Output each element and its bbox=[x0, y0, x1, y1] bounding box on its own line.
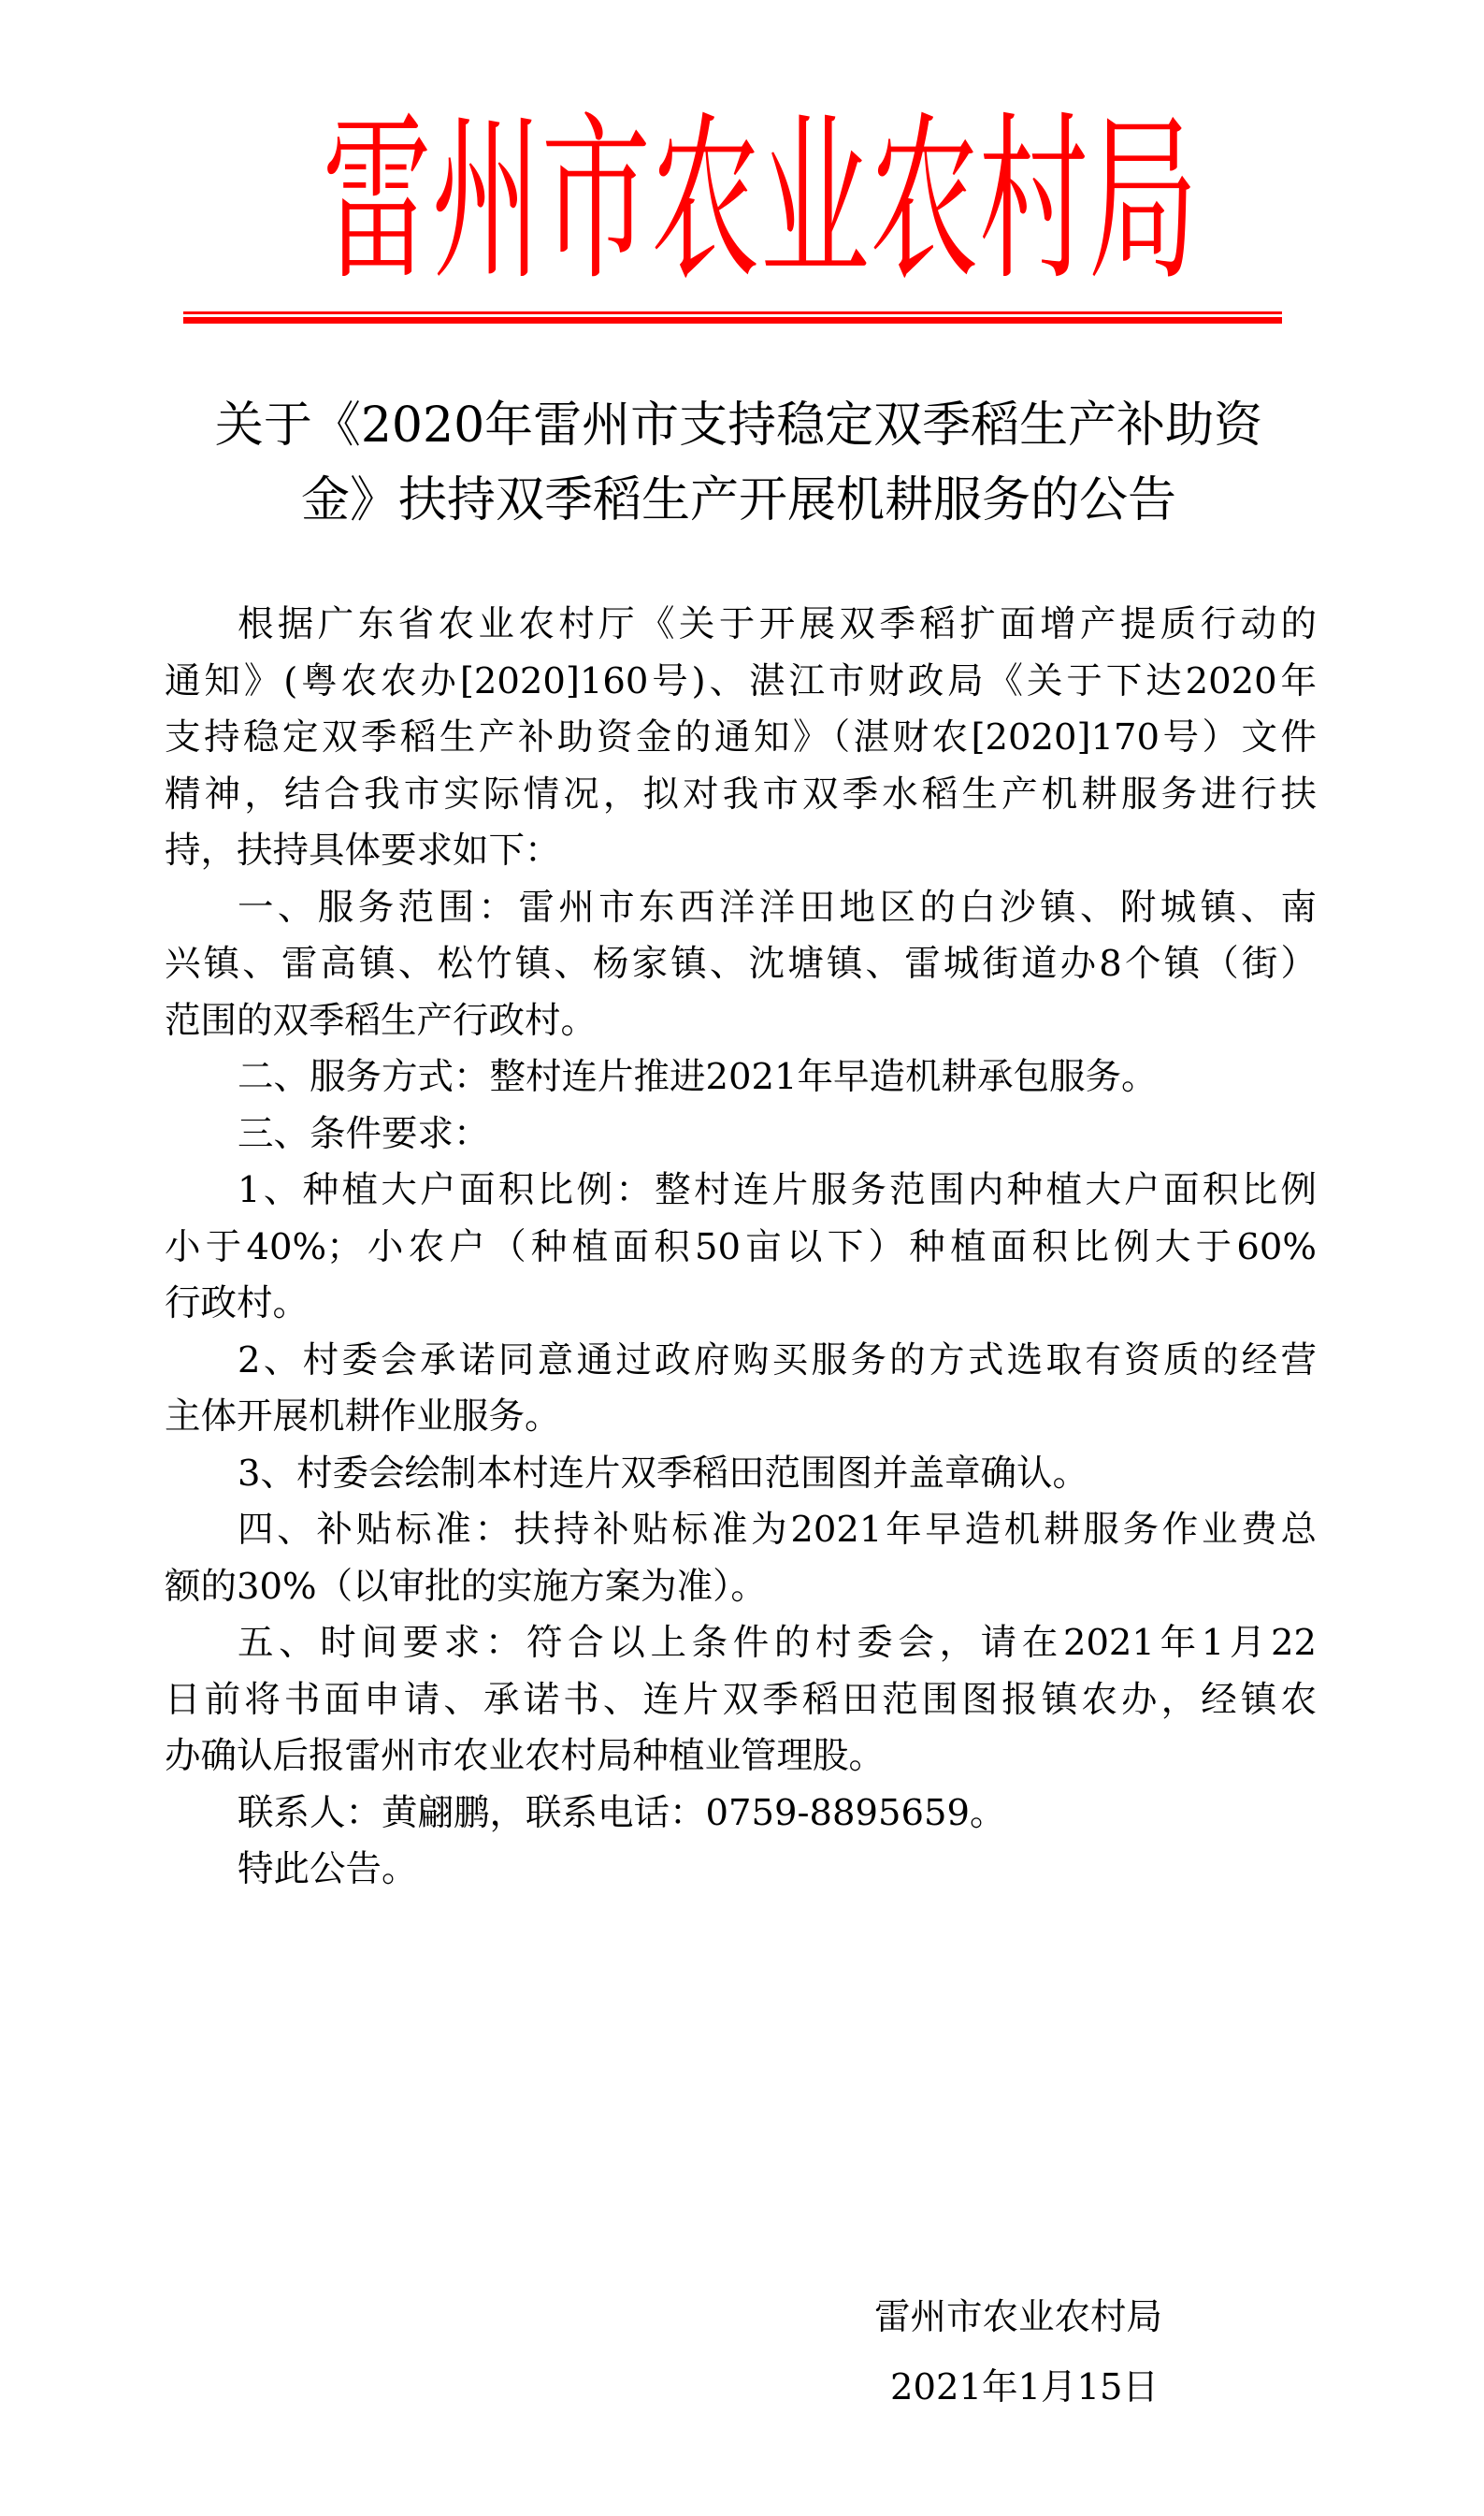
text-line: 精神，结合我市实际情况，拟对我市双季水稻生产机耕服务进行扶 bbox=[165, 767, 1317, 824]
text-line: 主体开展机耕作业服务。 bbox=[165, 1389, 1317, 1446]
letterhead-title: 雷 州 市 农 业 农 村 局 bbox=[304, 76, 1161, 327]
text-line: 3、村委会绘制本村连片双季稻田范围图并盖章确认。 bbox=[165, 1446, 1317, 1503]
text-line: 兴镇、雷高镇、松竹镇、杨家镇、沈塘镇、雷城街道办8个镇（街） bbox=[165, 936, 1317, 993]
letterhead-char: 局 bbox=[1088, 111, 1198, 291]
closing-text: 特此公告。 bbox=[165, 1842, 1317, 1899]
text-line: 四、补贴标准：扶持补贴标准为2021年早造机耕服务作业费总 bbox=[165, 1502, 1317, 1559]
paragraph-condition-1: 1、种植大户面积比例：整村连片服务范围内种植大户面积比例 小于40%；小农户（种… bbox=[165, 1163, 1317, 1333]
document-page: 雷 州 市 农 业 农 村 局 关于《2020年雷州市支持稳定双季稻生产补助资 … bbox=[0, 0, 1484, 2516]
text-line: 支持稳定双季稻生产补助资金的通知》（湛财农[2020]170号）文件 bbox=[165, 710, 1317, 767]
text-line: 三、条件要求： bbox=[165, 1106, 1317, 1164]
text-line: 日前将书面申请、承诺书、连片双季稻田范围图报镇农办，经镇农 bbox=[165, 1672, 1317, 1729]
text-line: 根据广东省农业农村厅《关于开展双季稻扩面增产提质行动的 bbox=[165, 597, 1317, 654]
letterhead-rule-thick bbox=[183, 317, 1282, 324]
paragraph-contact: 联系人：黄翩鹏，联系电话：0759-8895659。 bbox=[165, 1786, 1317, 1843]
contact-info: 联系人：黄翩鹏，联系电话：0759-8895659。 bbox=[165, 1786, 1317, 1843]
notice-title-line-2: 金》扶持双季稻生产开展机耕服务的公告 bbox=[154, 463, 1323, 538]
text-line: 2、村委会承诺同意通过政府购买服务的方式选取有资质的经营 bbox=[165, 1333, 1317, 1390]
paragraph-intro: 根据广东省农业农村厅《关于开展双季稻扩面增产提质行动的 通知》(粤农农办[202… bbox=[165, 597, 1317, 880]
letterhead-char: 州 bbox=[432, 111, 541, 291]
paragraph-service-scope: 一、服务范围：雷州市东西洋洋田地区的白沙镇、附城镇、南 兴镇、雷高镇、松竹镇、杨… bbox=[165, 880, 1317, 1050]
text-line: 1、种植大户面积比例：整村连片服务范围内种植大户面积比例 bbox=[165, 1163, 1317, 1220]
paragraph-condition-2: 2、村委会承诺同意通过政府购买服务的方式选取有资质的经营 主体开展机耕作业服务。 bbox=[165, 1333, 1317, 1446]
paragraph-conditions-heading: 三、条件要求： bbox=[165, 1106, 1317, 1164]
signoff-date: 2021年1月15日 bbox=[870, 2352, 1206, 2422]
letterhead-char: 雷 bbox=[323, 111, 432, 291]
letterhead-char: 村 bbox=[979, 111, 1088, 291]
letterhead-char: 业 bbox=[760, 111, 870, 291]
text-line: 小于40%；小农户（种植面积50亩以下）种植面积比例大于60% bbox=[165, 1220, 1317, 1277]
letterhead-rule-thin bbox=[183, 311, 1282, 314]
text-line: 范围的双季稻生产行政村。 bbox=[165, 993, 1317, 1050]
paragraph-service-method: 二、服务方式：整村连片推进2021年早造机耕承包服务。 bbox=[165, 1049, 1317, 1106]
text-line: 五、时间要求：符合以上条件的村委会，请在2021年1月22 bbox=[165, 1615, 1317, 1672]
paragraph-closing: 特此公告。 bbox=[165, 1842, 1317, 1899]
text-line: 持，扶持具体要求如下： bbox=[165, 823, 1317, 880]
letterhead-char: 市 bbox=[541, 111, 651, 291]
letterhead-char: 农 bbox=[870, 111, 979, 291]
letterhead-char: 农 bbox=[651, 111, 760, 291]
text-line: 额的30%（以审批的实施方案为准）。 bbox=[165, 1559, 1317, 1616]
text-line: 二、服务方式：整村连片推进2021年早造机耕承包服务。 bbox=[165, 1049, 1317, 1106]
text-line: 行政村。 bbox=[165, 1276, 1317, 1333]
paragraph-subsidy-standard: 四、补贴标准：扶持补贴标准为2021年早造机耕服务作业费总 额的30%（以审批的… bbox=[165, 1502, 1317, 1615]
text-line: 一、服务范围：雷州市东西洋洋田地区的白沙镇、附城镇、南 bbox=[165, 880, 1317, 937]
paragraph-condition-3: 3、村委会绘制本村连片双季稻田范围图并盖章确认。 bbox=[165, 1446, 1317, 1503]
text-line: 通知》(粤农农办[2020]160号)、湛江市财政局《关于下达2020年 bbox=[165, 654, 1317, 711]
text-line: 办确认后报雷州市农业农村局种植业管理股。 bbox=[165, 1728, 1317, 1786]
notice-body: 根据广东省农业农村厅《关于开展双季稻扩面增产提质行动的 通知》(粤农农办[202… bbox=[165, 597, 1317, 1899]
notice-title: 关于《2020年雷州市支持稳定双季稻生产补助资 金》扶持双季稻生产开展机耕服务的… bbox=[154, 388, 1323, 538]
paragraph-time-requirement: 五、时间要求：符合以上条件的村委会，请在2021年1月22 日前将书面申请、承诺… bbox=[165, 1615, 1317, 1786]
signoff: 雷州市农业农村局 2021年1月15日 bbox=[870, 2282, 1206, 2422]
signoff-organization: 雷州市农业农村局 bbox=[870, 2282, 1206, 2352]
notice-title-line-1: 关于《2020年雷州市支持稳定双季稻生产补助资 bbox=[154, 388, 1323, 463]
letterhead: 雷 州 市 农 业 农 村 局 bbox=[183, 103, 1282, 299]
